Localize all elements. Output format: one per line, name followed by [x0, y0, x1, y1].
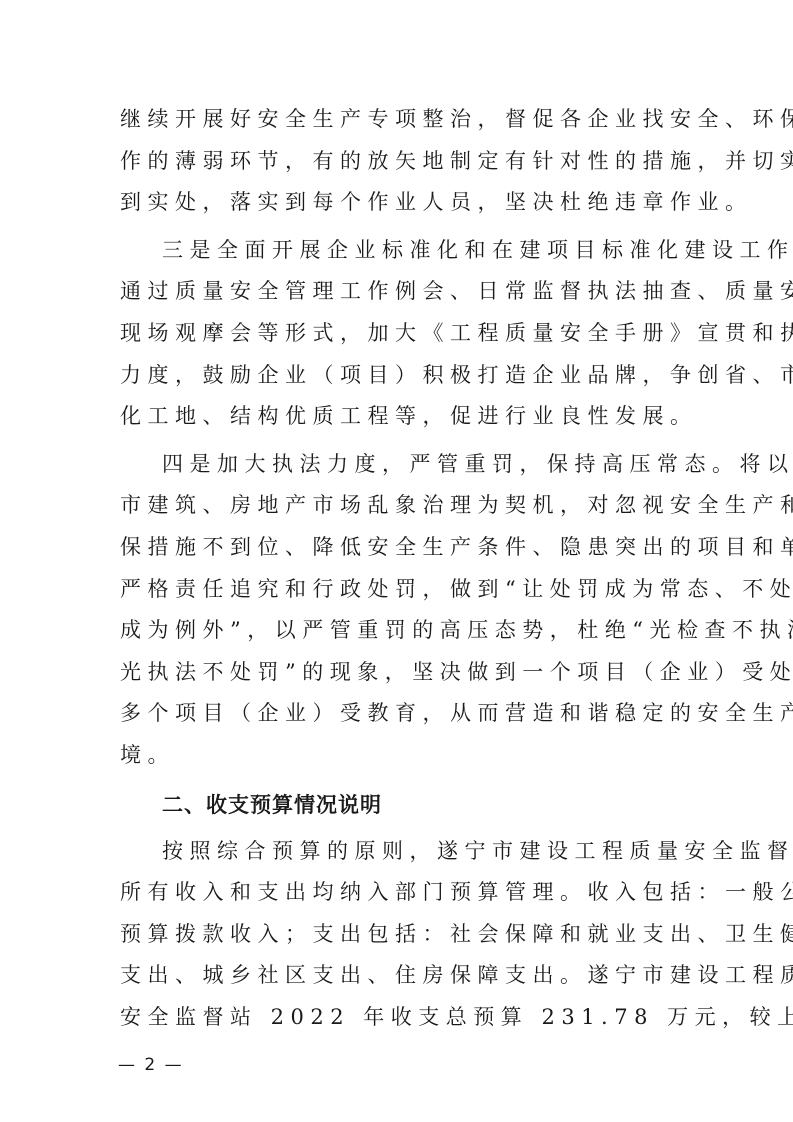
text-line: 支出、城乡社区支出、住房保障支出。遂宁市建设工程质量	[120, 955, 676, 997]
document-page: 继续开展好安全生产专项整治，督促各企业找安全、环保工 作的薄弱环节，有的放矢地制…	[120, 99, 676, 1038]
paragraph-item-three: 三是全面开展企业标准化和在建项目标准化建设工作， 通过质量安全管理工作例会、日常…	[120, 230, 676, 438]
text-line: 严格责任追究和行政处罚，做到“让处罚成为常态、不处罚	[120, 569, 676, 611]
text-line: 多个项目（企业）受教育，从而营造和谐稳定的安全生产环	[120, 693, 676, 735]
text-line: 三是全面开展企业标准化和在建项目标准化建设工作，	[120, 230, 676, 272]
text-line: 境。	[120, 735, 676, 777]
text-line: 到实处，落实到每个作业人员，坚决杜绝违章作业。	[120, 182, 676, 224]
section-heading: 二、收支预算情况说明	[120, 779, 676, 831]
text-line: 市建筑、房地产市场乱象治理为契机，对忽视安全生产和环	[120, 485, 676, 527]
text-line: 预算拨款收入；支出包括：社会保障和就业支出、卫生健康	[120, 914, 676, 956]
text-line: 保措施不到位、降低安全生产条件、隐患突出的项目和单位，	[120, 527, 676, 569]
text-line: 所有收入和支出均纳入部门预算管理。收入包括：一般公共	[120, 872, 676, 914]
page-number: — 2 —	[118, 1055, 184, 1075]
text-line: 按照综合预算的原则，遂宁市建设工程质量安全监督站	[120, 831, 676, 873]
paragraph-item-four: 四是加大执法力度，严管重罚，保持高压常态。将以全 市建筑、房地产市场乱象治理为契…	[120, 444, 676, 777]
text-line: 四是加大执法力度，严管重罚，保持高压常态。将以全	[120, 444, 676, 486]
text-line: 成为例外”，以严管重罚的高压态势，杜绝“光检查不执法、	[120, 610, 676, 652]
text-line: 光执法不处罚”的现象，坚决做到一个项目（企业）受处罚、	[120, 652, 676, 694]
text-line: 安全监督站 2022 年收支总预算 231.78 万元，较上年收支预	[120, 997, 676, 1039]
text-line: 通过质量安全管理工作例会、日常监督执法抽查、质量安全	[120, 271, 676, 313]
text-line: 化工地、结构优质工程等，促进行业良性发展。	[120, 396, 676, 438]
text-line: 继续开展好安全生产专项整治，督促各企业找安全、环保工	[120, 99, 676, 141]
text-line: 作的薄弱环节，有的放矢地制定有针对性的措施，并切实落	[120, 141, 676, 183]
paragraph-continuation: 继续开展好安全生产专项整治，督促各企业找安全、环保工 作的薄弱环节，有的放矢地制…	[120, 99, 676, 224]
paragraph-budget: 按照综合预算的原则，遂宁市建设工程质量安全监督站 所有收入和支出均纳入部门预算管…	[120, 831, 676, 1039]
text-line: 力度，鼓励企业（项目）积极打造企业品牌，争创省、市标	[120, 355, 676, 397]
text-line: 现场观摩会等形式，加大《工程质量安全手册》宣贯和执行	[120, 313, 676, 355]
